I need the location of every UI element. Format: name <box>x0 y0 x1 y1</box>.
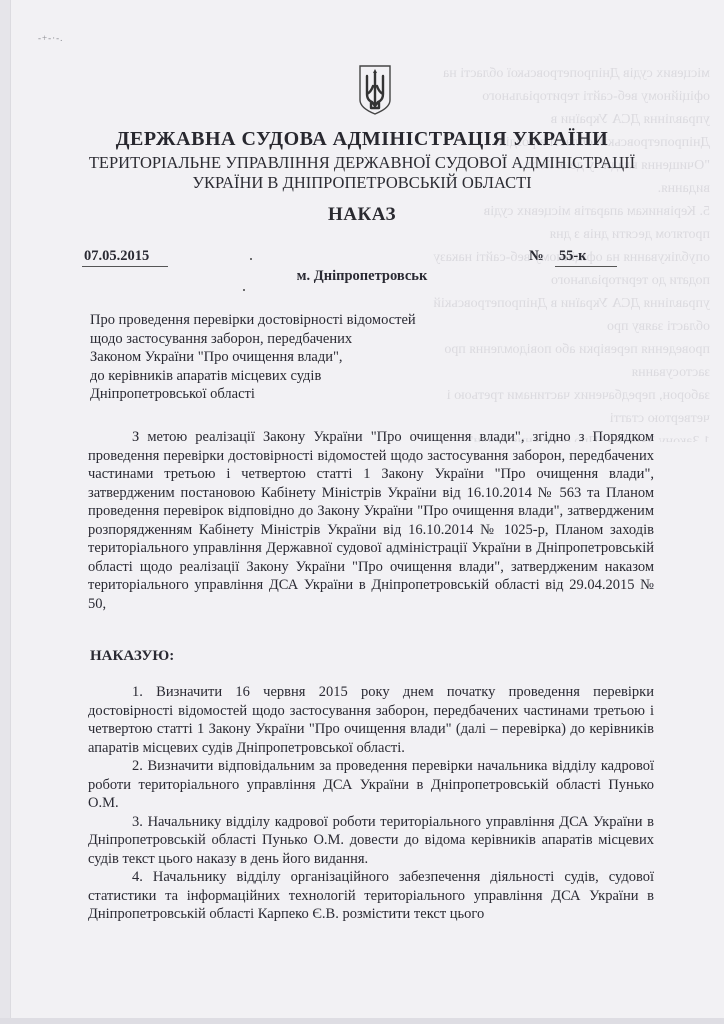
preamble: З метою реалізації Закону України "Про о… <box>88 428 654 613</box>
stray-dot <box>243 289 245 291</box>
showthrough-line: місцевих судів Дніпропетровської області… <box>430 62 710 131</box>
city: м. Дніпропетровськ <box>0 268 724 285</box>
number-value: 55-к <box>559 248 587 264</box>
trident-emblem-icon <box>358 64 392 116</box>
number-underline <box>555 266 617 267</box>
order-item-1: 1. Визначити 16 червня 2015 року днем по… <box>88 683 654 757</box>
subject-line: Законом України "Про очищення влади", <box>90 348 416 367</box>
organization-title: ДЕРЖАВНА СУДОВА АДМІНІСТРАЦІЯ УКРАЇНИ <box>0 128 724 151</box>
preamble-paragraph: З метою реалізації Закону України "Про о… <box>88 428 654 613</box>
order-items: 1. Визначити 16 червня 2015 року днем по… <box>88 683 654 924</box>
scan-edge-bottom <box>0 1018 724 1024</box>
date-underline <box>82 266 168 267</box>
subject-line: Про проведення перевірки достовірності в… <box>90 311 416 330</box>
order-date: 07.05.2015 <box>84 248 149 265</box>
showthrough-line: заборон, передбачених частинами третьою … <box>430 384 710 430</box>
subject-line: Дніпропетровської області <box>90 385 416 404</box>
showthrough-line: проведення перевірки або повідомлення пр… <box>430 338 710 384</box>
stray-dot <box>250 258 252 260</box>
order-item-2: 2. Визначити відповідальним за проведенн… <box>88 757 654 813</box>
number-label: № <box>529 248 544 264</box>
subject-line: щодо застосування заборон, передбачених <box>90 330 416 349</box>
order-item-3: 3. Начальнику відділу кадрової роботи те… <box>88 813 654 869</box>
showthrough-line: управління ДСА України в Дніпропетровськ… <box>430 292 710 338</box>
subdivision-title-line-1: ТЕРИТОРІАЛЬНЕ УПРАВЛІННЯ ДЕРЖАВНОЇ СУДОВ… <box>0 153 724 173</box>
order-item-4: 4. Начальнику відділу організаційного за… <box>88 868 654 924</box>
scanned-page: місцевих судів Дніпропетровської області… <box>0 0 724 1024</box>
subdivision-title-line-2: УКРАЇНИ В ДНІПРОПЕТРОВСЬКІЙ ОБЛАСТІ <box>0 173 724 193</box>
order-subject: Про проведення перевірки достовірності в… <box>90 311 416 404</box>
subject-line: до керівників апаратів місцевих судів <box>90 367 416 386</box>
document-type: НАКАЗ <box>0 204 724 226</box>
order-word: НАКАЗУЮ: <box>90 648 174 665</box>
order-number: № 55-к <box>529 248 587 265</box>
scan-mark: -+-·-. <box>38 33 63 43</box>
